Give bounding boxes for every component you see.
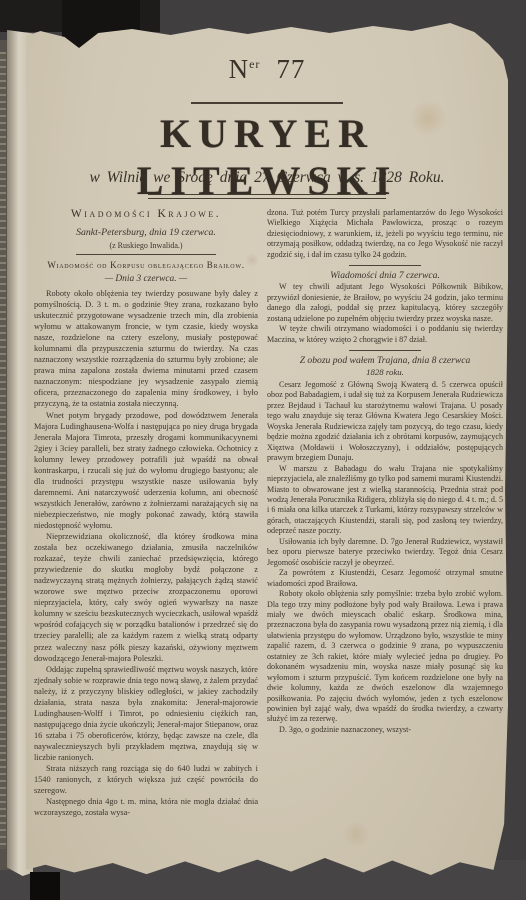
report-heading: Wiadomość od Korpusu oblegającego Braiło… — [34, 260, 258, 270]
article-paragraph: Usiłowania ich były daremne. D. 7go Jene… — [267, 537, 503, 568]
article-paragraph: Wnet potym brygady przodowe, pod dowództ… — [34, 410, 258, 532]
masthead-rule — [191, 102, 343, 104]
article-paragraph: Roboty około oblężenia tey twierdzy posu… — [34, 288, 258, 410]
newspaper-page: Ner77 KURYER LITEWSKI w Wilnie we Srodę … — [26, 22, 508, 875]
article-paragraph: D. 3go, o godzinie naznaczoney, wszyst- — [267, 725, 503, 735]
article-paragraph: W marszu z Babadagu do wału Trajana nie … — [267, 464, 503, 537]
report-rule — [349, 265, 421, 266]
article-paragraph: Oddając zupełną sprawiedliwość męztwu wo… — [34, 664, 258, 763]
scan-backdrop: Ner77 KURYER LITEWSKI w Wilnie we Srodę … — [0, 0, 526, 900]
article-paragraph: Cesarz Jegomość z Główną Swoją Kwaterą d… — [267, 380, 503, 464]
issue-number-label: N — [229, 54, 250, 84]
report-heading-line2: 1828 roku. — [267, 367, 503, 377]
mount-tab — [30, 872, 60, 900]
right-column: dzona. Tuż potém Turcy przysłali parlame… — [267, 208, 503, 857]
section-rule — [76, 254, 216, 255]
section-heading: Wiadomości Krajowe. — [34, 208, 258, 220]
report-heading: Wiadomości dnia 7 czerwca. — [267, 270, 503, 281]
issue-number-superscript: er — [249, 57, 260, 71]
left-column: Wiadomości Krajowe. Sankt-Petersburg, dn… — [34, 208, 258, 857]
issue-number-line: Ner77 — [26, 54, 508, 85]
article-paragraph: Następnego dnia 4go t. m. mina, która ni… — [34, 796, 258, 818]
masthead-dateline: w Wilnie we Srodę dnia 27 Czerwca v. s. … — [26, 169, 508, 187]
report-rule — [349, 350, 421, 351]
place-dateline: Sankt-Petersburg, dnia 19 czerwca. — [34, 227, 258, 238]
article-paragraph: Roboty około oblężenia szły pomyślnie: t… — [267, 589, 503, 725]
report-heading-line1: Z obozu pod wałem Trajana, dnia 8 czerwc… — [267, 355, 503, 366]
issue-number: 77 — [276, 54, 305, 84]
article-paragraph: W teyże chwili otrzymano wiadomości i o … — [267, 324, 503, 345]
article-paragraph: Nieprzewidziana okoliczność, dla którey … — [34, 531, 258, 664]
newspaper-title: KURYER LITEWSKI — [26, 110, 508, 204]
article-paragraph-continued: dzona. Tuż potém Turcy przysłali parlame… — [267, 208, 503, 260]
source-note: (z Ruskiego Inwalida.) — [34, 241, 258, 250]
article-paragraph: Strata niższych rang rozciąga się do 640… — [34, 763, 258, 796]
article-columns: Wiadomości Krajowe. Sankt-Petersburg, dn… — [34, 208, 503, 857]
masthead-double-rule — [148, 194, 386, 199]
article-paragraph: W tey chwili adjutant Jego Wysokości Pół… — [267, 282, 503, 324]
article-paragraph: Za powrótem z Kiustendżi, Cesarz Jegomoś… — [267, 568, 503, 589]
day-heading: — Dnia 3 czerwca. — — [34, 274, 258, 284]
